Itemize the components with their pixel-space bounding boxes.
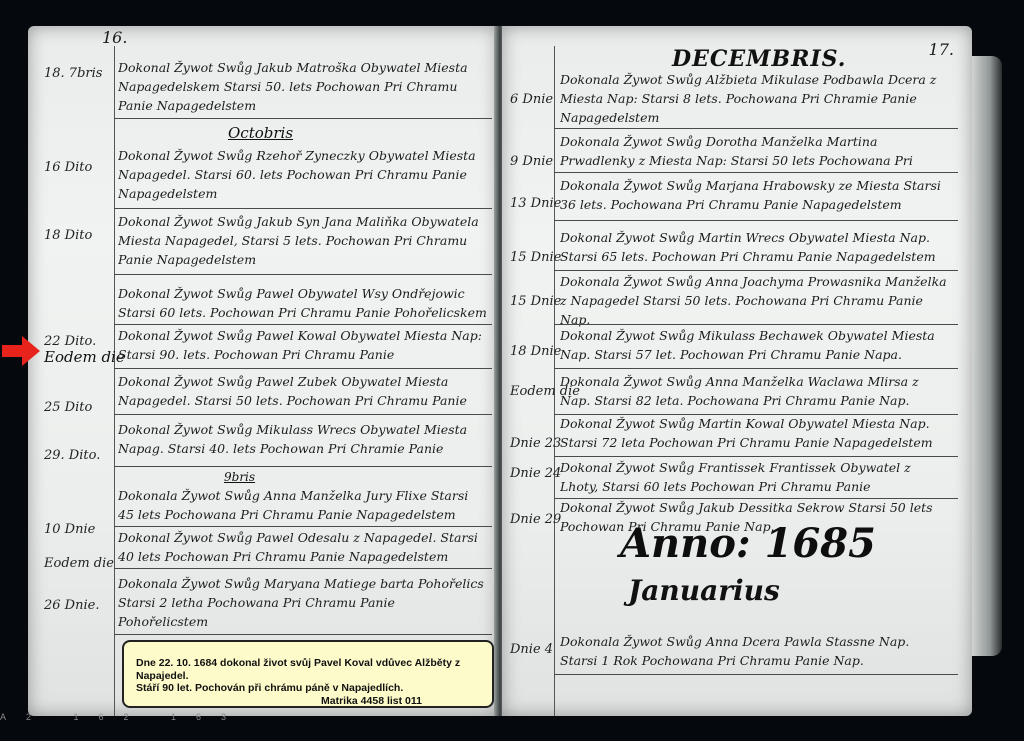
entry-text: Dokonala Žywot Swůg Anna Dcera Pawla Sta… (560, 632, 950, 672)
divider (114, 368, 492, 369)
entry-text: Dokonala Žywot Swůg Anna Manželka Waclaw… (560, 372, 950, 412)
entry-text: Dokonala Žywot Swůg Anna Joachyma Prowas… (560, 272, 950, 328)
entry-date: Dnie 29 (510, 512, 561, 527)
divider (114, 526, 492, 527)
entry-date: 18 Dnie (510, 344, 561, 359)
transcription-note: Dne 22. 10. 1684 dokonal život svůj Pave… (122, 640, 494, 708)
divider (114, 118, 492, 119)
entry-date: 18 Dito (44, 228, 92, 243)
entry-text: Dokonal Žywot Swůg Pawel Odesalu z Napag… (118, 528, 488, 568)
divider (554, 270, 958, 271)
entry-text: Dokonala Žywot Swůg Alžbieta Mikulase Po… (560, 70, 950, 126)
divider (554, 324, 958, 325)
margin-line (554, 46, 555, 716)
margin-line (114, 46, 115, 716)
divider (554, 172, 958, 173)
entry-date: 16 Dito (44, 160, 92, 175)
right-page: 17. DECEMBRIS. 6 Dnie Dokonala Žywot Swů… (502, 26, 972, 716)
divider (114, 208, 492, 209)
month-heading: Januarius (628, 574, 780, 607)
entry-date: 9 Dnie (510, 154, 553, 169)
parish-register-book: 16. 18. 7bris Dokonal Žywot Swůg Jakub M… (28, 26, 1000, 716)
entry-date: Dnie 24 (510, 466, 561, 481)
entry-date: 15 Dnie (510, 294, 561, 309)
entry-text: Dokonala Žywot Swůg Marjana Hrabowsky ze… (560, 176, 950, 216)
page-edges (972, 56, 1002, 656)
page-number: 17. (929, 40, 954, 59)
entry-date: 22 Dito. (44, 334, 96, 349)
month-heading: 9bris (224, 470, 255, 484)
page-number: 16. (102, 28, 127, 47)
entry-date: 25 Dito (44, 400, 92, 415)
film-strip-label: A2 162 163 (0, 712, 246, 722)
note-source: Matrika 4458 list 011 (136, 695, 482, 708)
entry-text: Dokonala Žywot Swůg Anna Manželka Jury F… (118, 486, 488, 526)
divider (114, 466, 492, 467)
left-page: 16. 18. 7bris Dokonal Žywot Swůg Jakub M… (28, 26, 498, 716)
entry-text: Dokonal Žywot Swůg Jakub Matroška Obywat… (118, 58, 488, 116)
entry-text: Dokonal Žywot Swůg Mikulass Wrecs Obywat… (118, 420, 488, 460)
entry-text: Dokonal Žywot Swůg Pawel Kowal Obywatel … (118, 326, 488, 366)
entry-date: Eodem die (44, 556, 114, 571)
entry-text: Dokonal Žywot Swůg Pawel Obywatel Wsy On… (118, 284, 488, 324)
entry-text: Dokonala Žywot Swůg Dorotha Manželka Mar… (560, 132, 950, 172)
entry-date: 13 Dnie (510, 196, 561, 211)
entry-text: Dokonal Žywot Swůg Martin Kowal Obywatel… (560, 414, 950, 454)
year-heading: Anno: 1685 (620, 520, 876, 567)
entry-date: 10 Dnie (44, 522, 95, 537)
divider (554, 674, 958, 675)
red-arrow-right-icon (2, 336, 40, 366)
divider (554, 220, 958, 221)
entry-date: 29. Dito. (44, 448, 100, 463)
entry-date: Dnie 23 (510, 436, 561, 451)
entry-text: Dokonal Žywot Swůg Mikulass Bechawek Oby… (560, 326, 950, 366)
entry-text: Dokonala Žywot Swůg Maryana Matiege bart… (118, 574, 488, 632)
divider (554, 128, 958, 129)
entry-date: 18. 7bris (44, 66, 102, 81)
entry-text: Dokonal Žywot Swůg Frantissek Frantissek… (560, 458, 950, 496)
entry-date: 6 Dnie (510, 92, 553, 107)
month-heading: Octobris (228, 124, 293, 142)
entry-text: Dokonal Žywot Swůg Rzehoř Zyneczky Obywa… (118, 146, 488, 204)
entry-date: 15 Dnie (510, 250, 561, 265)
divider (114, 274, 492, 275)
entry-date: Eodem die (44, 348, 125, 366)
entry-text: Dokonal Žywot Swůg Pawel Zubek Obywatel … (118, 372, 488, 412)
divider (114, 634, 492, 635)
divider (114, 568, 492, 569)
note-line: Dne 22. 10. 1684 dokonal život svůj Pave… (136, 657, 482, 682)
entry-text: Dokonal Žywot Swůg Jakub Syn Jana Maliňk… (118, 212, 488, 270)
note-line: Stáří 90 let. Pochován při chrámu páně v… (136, 682, 482, 695)
entry-date: Dnie 4 (510, 642, 553, 657)
divider (554, 456, 958, 457)
divider (554, 368, 958, 369)
entry-date: 26 Dnie. (44, 598, 99, 613)
divider (114, 324, 492, 325)
month-heading: DECEMBRIS. (672, 46, 846, 72)
divider (114, 414, 492, 415)
entry-text: Dokonal Žywot Swůg Martin Wrecs Obywatel… (560, 228, 950, 268)
